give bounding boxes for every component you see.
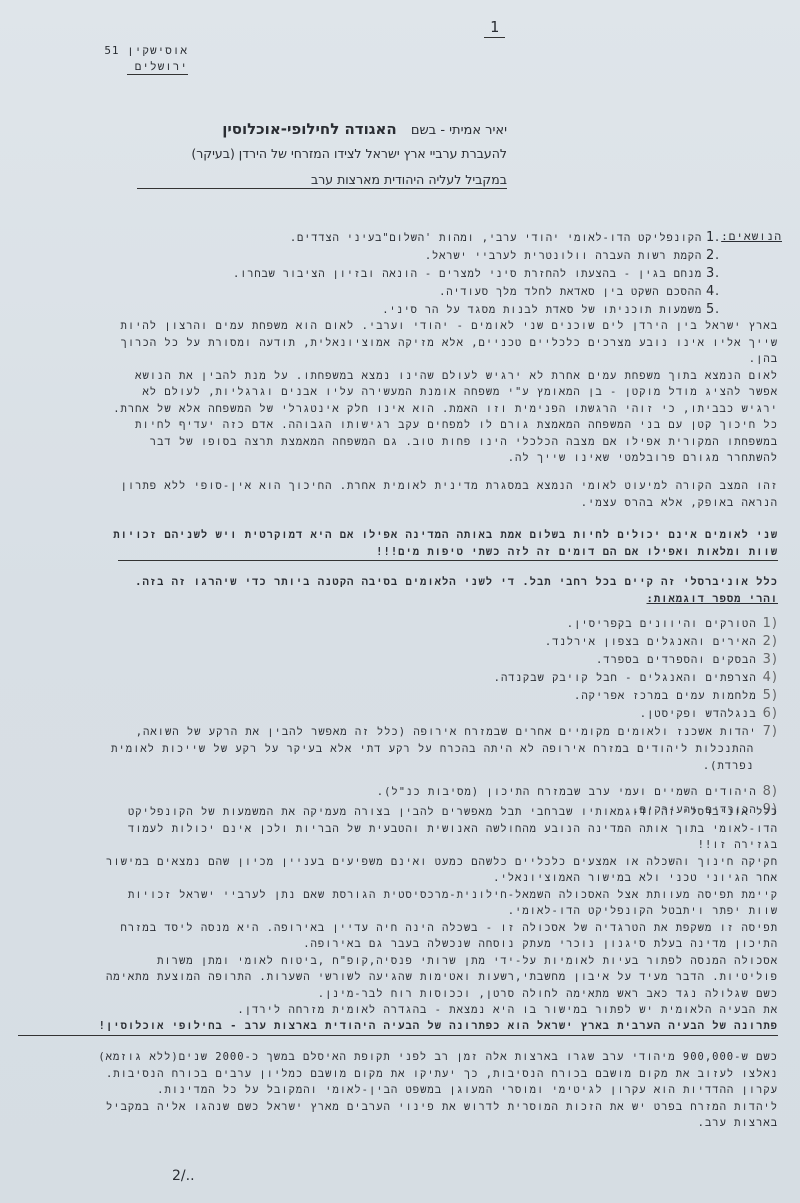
author-line: יאיר אמיתי - בשם האגודה לחילופי-אוכלוסין [222, 120, 507, 138]
paragraph-line: הדו-לאומי בתוך אותה המדינה הנובע מהחולשה… [106, 821, 778, 838]
subtitle-2: במקביל לעליה היהודית מארצות ערב [137, 172, 507, 189]
paragraph-line: כשם ש-900,000 מיהודי ערב שגרו בארצות אלה… [98, 1049, 778, 1066]
example-number: 6) [763, 706, 778, 721]
example-item: 1)הטורקים והיוונים בקפריסין. [111, 615, 778, 633]
example-text: האירים והאנגלים בצפון אירלנד. [545, 636, 757, 648]
topic-number: 3. [706, 266, 720, 281]
paragraph-line: בהן. [113, 351, 778, 368]
paragraph-reciprocity: כשם ש-900,000 מיהודי ערב שגרו בארצות אלה… [98, 1049, 778, 1132]
example-number: 2) [763, 634, 778, 649]
paragraph-line: בארץ ישראל בין הירדן לים שוכנים שני לאומ… [113, 318, 778, 335]
example-item: נפרדת). [111, 758, 778, 775]
topic-text: ההסכם השקט בין סאדאת לחלד מלך סעודיה. [439, 286, 702, 298]
paragraph-line: התיכון מדינה בעלת סיגנון נוכרי מעתק נוסח… [106, 936, 778, 953]
paragraph-analysis: כלל אוניברסלי זה ודוגמאותיו שברחבי תבל מ… [106, 804, 778, 1019]
example-number: 8) [763, 784, 778, 799]
topic-item: 3.מנחם בגין - בהצעתו להחזרת סיני למצרים … [233, 265, 720, 283]
example-item: 8)היהודים השמיים ועמי ערב שבמזרח התיכון … [111, 783, 778, 801]
example-item: 2)האירים והאנגלים בצפון אירלנד. [111, 633, 778, 651]
paragraph-minority: זהו המצב הקורה למיעוט לאומי הנמצא במסגרת… [121, 478, 778, 511]
paragraph-line: כשם שגלולה נגד כאב ראש מתאימה לחולה סרטן… [106, 986, 778, 1003]
topic-text: הקונפליקט הדו-לאומי יהודי ערבי, ומהות 'ה… [290, 232, 702, 244]
continuation-marker: 2/.. [172, 1168, 195, 1184]
example-text: הצרפתים והאנגלים - חבל קויבק שבקנדה. [494, 672, 757, 684]
paragraph-line: את הבעיה הלאומית יש לפתור במישור בו היא … [106, 1002, 778, 1019]
examples-heading: והרי מספר דוגמאות: [647, 593, 778, 605]
example-item: 7)יהדות אשכנז ולאומים מקומיים אחרים שבמז… [111, 723, 778, 741]
example-item: 4)הצרפתים והאנגלים - חבל קויבק שבקנדה. [111, 669, 778, 687]
topic-text: הקמת רשות העברה וולונטרית לערביי ישראל. [425, 250, 702, 262]
paragraph-line: בגזירה זו!! [106, 837, 778, 854]
paragraph-line: קיימת תפיסה מעוותת אצל האסכולה השמאל-חיל… [106, 887, 778, 904]
paragraph-universal-rule: כלל אוניברסלי זה קיים בכל רחבי תבל. די ל… [135, 574, 778, 607]
example-number: 5) [763, 688, 778, 703]
paragraph-line: להשתחרר מגורם פרובלמטי שאינו שייך לה. [113, 450, 778, 467]
topic-number: 2. [706, 248, 720, 263]
topic-number: 1. [706, 230, 720, 245]
paragraph-line: כלל אוניברסלי זה ודוגמאותיו שברחבי תבל מ… [106, 804, 778, 821]
paragraph-line: כל חיכוך קטן עם בני המשפחה המאמצת גורם ל… [113, 417, 778, 434]
paragraph-line: הנראה באופק, אלא בהרס עצמי. [121, 495, 778, 512]
paragraph-line: פוליטיות. הדבר מעיד על איבון מחשבתי,רשעו… [106, 969, 778, 986]
paragraph-line: אחר הגיוני טכני ולא במישור האמוציונאלי. [106, 870, 778, 887]
organization-title: האגודה לחילופי-אוכלוסין [222, 120, 397, 138]
paragraph-line: נאלצו לעזוב את מקום מושבם בכורח הנסיבות,… [98, 1066, 778, 1083]
paragraph-solution: פתרונה של הבעיה הערבית בארץ ישראל הוא כפ… [18, 1018, 778, 1036]
page-number: 1 [484, 18, 505, 38]
example-text: נפרדת). [703, 760, 754, 772]
paragraph-line: אסכולה המנסה לפתור בעיות לאומיות על-ידי … [106, 953, 778, 970]
topic-number: 5. [706, 302, 720, 317]
example-text: מלחמות עמים במרכז אפריקה. [574, 690, 757, 702]
address-city: ירושלים [127, 60, 188, 75]
paragraph-intro: בארץ ישראל בין הירדן לים שוכנים שני לאומ… [113, 318, 778, 467]
paragraph-line: זהו המצב הקורה למיעוט לאומי הנמצא במסגרת… [121, 478, 778, 495]
topics-list: 1.הקונפליקט הדו-לאומי יהודי ערבי, ומהות … [233, 229, 720, 319]
topic-item: 5.משמעות תוכניתו של סאדת לבנות מסגד על ה… [233, 301, 720, 319]
paragraph-line: לאום הנמצא בתוך משפחת עמים אחרת לא ירגיש… [113, 368, 778, 385]
document-page: 1 אוסישקין 51 ירושלים יאיר אמיתי - בשם ה… [0, 0, 800, 1203]
example-item: 6)בנגלהדש ופקיסטן. [111, 705, 778, 723]
example-item: 3)הבסקים והספרדים בספרד. [111, 651, 778, 669]
example-text: הבסקים והספרדים בספרד. [596, 654, 757, 666]
example-number: 3) [763, 652, 778, 667]
example-text: הטורקים והיוונים בקפריסין. [567, 618, 757, 630]
example-text: בנגלהדש ופקיסטן. [640, 708, 757, 720]
paragraph-line: עקרון ההדדיות הוא עקרון לגיטימי ומוסרי ה… [98, 1082, 778, 1099]
paragraph-line: חקיקה חינוך והשכלה או אמצעים כלכליים כלש… [106, 854, 778, 871]
example-number: 1) [763, 616, 778, 631]
paragraph-line: ירגיש כבביתו, כי זוהי הרגשתו הפנימית וזו… [113, 401, 778, 418]
example-number: 7) [763, 724, 778, 739]
author-name: יאיר אמיתי - בשם [411, 123, 507, 138]
topics-label: הנושאים: [721, 230, 782, 244]
example-text: יהדות אשכנז ולאומים מקומיים אחרים שבמזרח… [136, 726, 757, 738]
paragraph-line: שוות יפתר ויתבטל הקונפליקט הדו-לאומי. [106, 903, 778, 920]
topic-item: 2.הקמת רשות העברה וולונטרית לערביי ישראל… [233, 247, 720, 265]
example-item: 5)מלחמות עמים במרכז אפריקה. [111, 687, 778, 705]
address-street: אוסישקין 51 [104, 44, 188, 58]
paragraph-two-nations: שני לאומים אינם יכולים לחיות בשלום אמת ב… [113, 527, 778, 561]
paragraph-line: אפשר להציג מודל מוקטן - בן המאומץ ע"י מש… [113, 384, 778, 401]
topic-item: 1.הקונפליקט הדו-לאומי יהודי ערבי, ומהות … [233, 229, 720, 247]
topic-text: מנחם בגין - בהצעתו להחזרת סיני למצרים - … [233, 268, 702, 280]
paragraph-line: ליהדות המזרח בפרט יש את הזכות המוסרית לד… [98, 1099, 778, 1116]
paragraph-line: שייך אליו אינו נובע מצרכים כלכליים טכניי… [113, 335, 778, 352]
topic-item: 4.ההסכם השקט בין סאדאת לחלד מלך סעודיה. [233, 283, 720, 301]
example-text: ההתנכלות ליהודים במזרח אירופה לא היתה בה… [111, 743, 754, 755]
example-number: 4) [763, 670, 778, 685]
two-nations-line-2: שוות ומלאות ואפילו אם הם דומים זה לזה כש… [118, 544, 778, 562]
paragraph-line: בארצות ערב. [98, 1115, 778, 1132]
topic-text: משמעות תוכניתו של סאדת לבנות מסגד על הר … [382, 304, 702, 316]
universal-rule-line-1: כלל אוניברסלי זה קיים בכל רחבי תבל. די ל… [135, 574, 778, 591]
paragraph-line: במשפחתו המקורית אפילו אם מצבה הכלכלי הינ… [113, 434, 778, 451]
example-item: ההתנכלות ליהודים במזרח אירופה לא היתה בה… [111, 741, 778, 758]
example-text: היהודים השמיים ועמי ערב שבמזרח התיכון (מ… [377, 786, 757, 798]
topic-number: 4. [706, 284, 720, 299]
paragraph-line: תפיסה זו משקפת את הטרגדיה של אסכולה זו -… [106, 920, 778, 937]
subtitle-1: להעברת ערביי ארץ ישראל לצידו המזרחי של ה… [191, 146, 507, 161]
examples-list: 1)הטורקים והיוונים בקפריסין.2)האירים והא… [111, 615, 778, 819]
solution-statement: פתרונה של הבעיה הערבית בארץ ישראל הוא כפ… [18, 1018, 778, 1036]
two-nations-line-1: שני לאומים אינם יכולים לחיות בשלום אמת ב… [113, 527, 778, 544]
